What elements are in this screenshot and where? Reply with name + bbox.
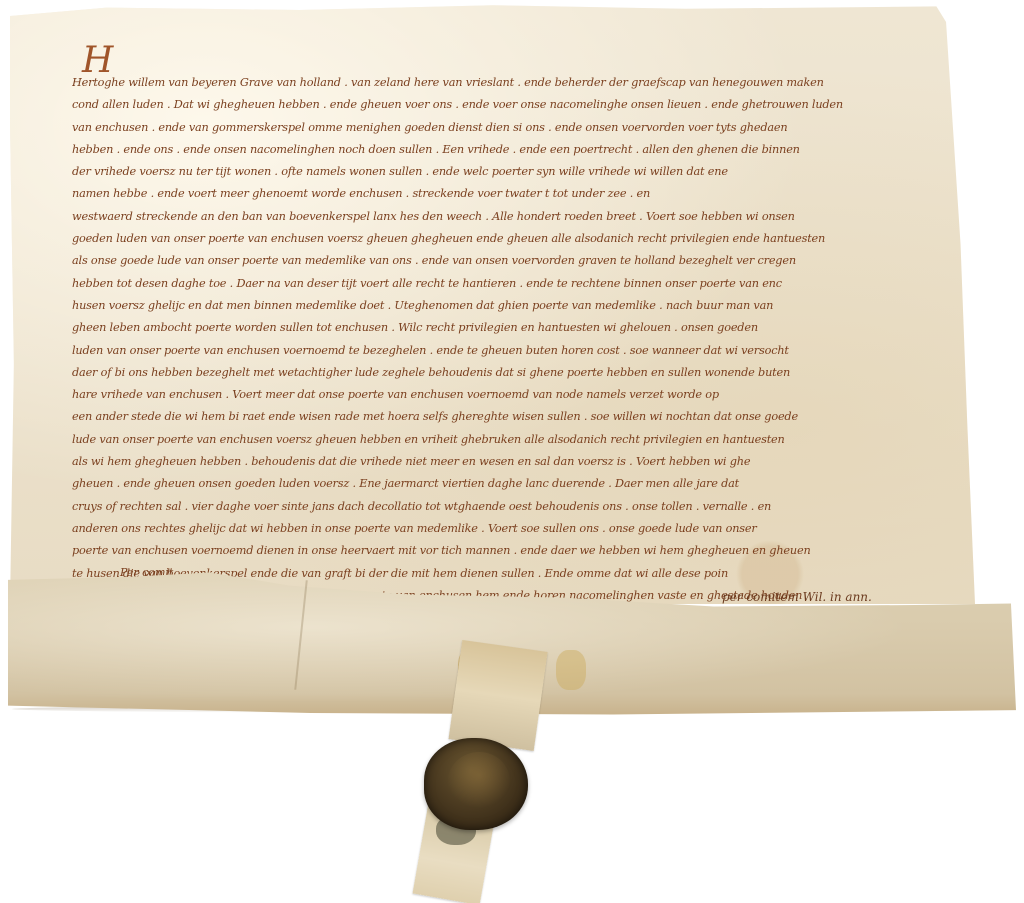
text-line: gheen leben ambocht poerte worden sullen… bbox=[72, 317, 972, 339]
text-line: luden van onser poerte van enchusen voer… bbox=[72, 340, 972, 362]
text-line: daer of bi ons hebben bezeghelt met weta… bbox=[72, 362, 972, 384]
text-line: poerte van enchusen voernoemd dienen in … bbox=[72, 540, 972, 562]
text-line: hebben tot desen daghe toe . Daer na van… bbox=[72, 273, 972, 295]
text-line: westwaerd streckende an den ban van boev… bbox=[72, 206, 972, 228]
text-line: der vrihede voersz nu ter tijt wonen . o… bbox=[72, 161, 972, 183]
seal-relief-icon bbox=[448, 752, 510, 810]
text-line: als onse goede lude van onser poerte van… bbox=[72, 250, 972, 272]
text-line: namen hebbe . ende voert meer ghenoemt w… bbox=[72, 183, 972, 205]
text-line: als wi hem ghegheuen hebben . behoudenis… bbox=[72, 451, 972, 473]
text-line: goeden luden van onser poerte van enchus… bbox=[72, 228, 972, 250]
text-line: gheuen . ende gheuen onsen goeden luden … bbox=[72, 473, 972, 495]
text-line: anderen ons rechtes ghelijc dat wi hebbe… bbox=[72, 518, 972, 540]
text-line: hare vrihede van enchusen . Voert meer d… bbox=[72, 384, 972, 406]
seal-tag-upper bbox=[449, 640, 548, 751]
text-line: hebben . ende ons . ende onsen nacomelin… bbox=[72, 139, 972, 161]
glue-stain bbox=[556, 650, 586, 690]
text-line: Hertoghe willem van beyeren Grave van ho… bbox=[72, 72, 972, 94]
text-line: cruys of rechten sal . vier daghe voer s… bbox=[72, 496, 972, 518]
text-line: een ander stede die wi hem bi raet ende … bbox=[72, 406, 972, 428]
text-line: cond allen luden . Dat wi ghegheuen hebb… bbox=[72, 94, 972, 116]
chancery-signature: per comitem Wil. in ann. bbox=[722, 590, 872, 604]
text-line: van enchusen . ende van gommerskerspel o… bbox=[72, 117, 972, 139]
text-line: lude van onser poerte van enchusen voers… bbox=[72, 429, 972, 451]
text-line: husen voersz ghelijc en dat men binnen m… bbox=[72, 295, 972, 317]
